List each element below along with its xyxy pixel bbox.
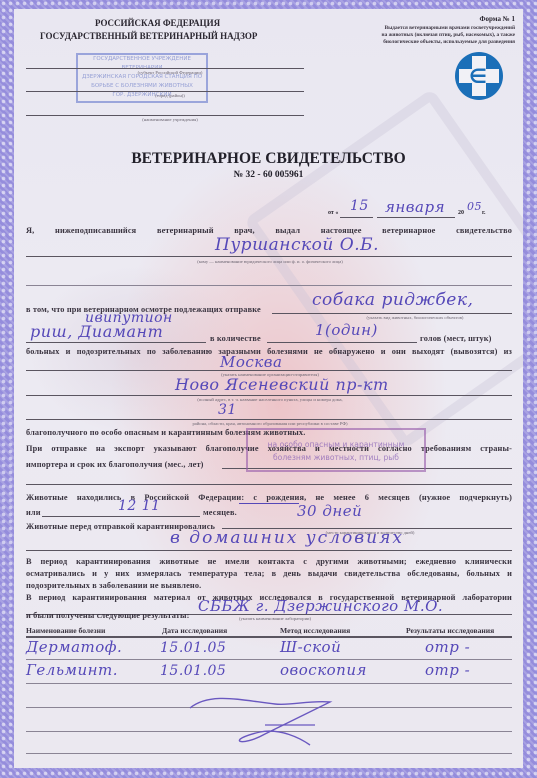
recipient-value: Пуршанской О.Б. [215, 235, 379, 255]
export-text-2: импортера и срок их благополучия (мес., … [26, 460, 204, 469]
quarantine-text-1: В период карантинирования животные не им… [26, 557, 512, 566]
table-row-rule [26, 659, 512, 660]
date-day-line [340, 217, 373, 218]
residence-or: или [26, 508, 41, 517]
row-disease: Дерматоф. [26, 638, 122, 656]
header-agency: ГОСУДАРСТВЕННЫЙ ВЕТЕРИНАРНЫЙ НАДЗОР [40, 31, 257, 41]
row-method: Ш-ской [280, 638, 341, 656]
lab-caption: (указать наименование лаборатории) [220, 616, 330, 621]
residence-months-value: 12 11 [118, 498, 161, 514]
quarantine-text-3: подозрительных в заболевании не выявлено… [26, 581, 201, 590]
animals-line2-rule [26, 342, 206, 343]
date-month: января [385, 198, 445, 216]
date-suffix: г. [482, 210, 486, 216]
subject-line [26, 68, 304, 69]
row-result: отр - [425, 638, 470, 656]
date-year-prefix: 20 [458, 210, 464, 216]
quarantine-place: в домашних условиях [170, 528, 404, 548]
form-note-line: Выдается ветеринарными врачами госветучр… [315, 25, 515, 32]
certificate-page: РОССИЙСКАЯ ФЕДЕРАЦИЯ ГОСУДАРСТВЕННЫЙ ВЕТ… [0, 0, 537, 778]
row-disease: Гельминт. [26, 661, 118, 679]
row-result: отр - [425, 661, 470, 679]
date-year: 05 [467, 200, 482, 213]
table-row-rule [26, 753, 512, 754]
address-value: Ново Ясеневский пр-кт [175, 375, 389, 394]
region-caption: района, области, края, автономного образ… [140, 421, 400, 426]
date-prefix: от « [328, 210, 338, 216]
quantity-rule [267, 342, 417, 343]
institution-line [26, 115, 304, 116]
institution-caption: (наименование учреждения) [100, 117, 240, 122]
city-line [26, 91, 304, 92]
export-stamp-line: болезням животных, птиц, рыб [248, 453, 424, 462]
origin-value: Москва [220, 353, 282, 371]
col-header-method: Метод исследования [280, 626, 350, 635]
residence-underline [239, 503, 299, 504]
export-stamp-line: на особо опасным и карантинным [248, 440, 424, 449]
form-number: Форма № 1 [479, 15, 515, 23]
stamp-line: БОРЬБЕ С БОЛЕЗНЯМИ ЖИВОТНЫХ [78, 82, 206, 91]
vet-service-emblem-icon: ∈ [455, 52, 503, 100]
house-value: 31 [218, 402, 237, 418]
quantity-value: 1(один) [315, 321, 378, 339]
address-rule [26, 395, 512, 396]
col-header-result: Результаты исследования [406, 626, 494, 635]
quarantine-text-2: осматривались и у них измерялась темпера… [26, 569, 512, 578]
row-date: 15.01.05 [160, 640, 226, 656]
residence-text: Животные находились в Российской Федерац… [26, 493, 512, 502]
export-stamp: на особо опасным и карантинным болезням … [246, 428, 426, 472]
quarantine-place-rule [26, 550, 512, 551]
animals-line1-rule [272, 313, 512, 314]
quantity-label: в количестве [210, 334, 261, 343]
form-note: Выдается ветеринарными врачами госветучр… [315, 25, 515, 46]
subject-caption: (субъект Российской Федерации) [100, 70, 240, 75]
form-note-line: на животных (включая птиц, рыб, насекомы… [315, 32, 515, 39]
animals-line2: риш, Диамант [30, 322, 163, 341]
quarantine-days: 30 дней [297, 502, 362, 520]
residence-months-rule [42, 516, 200, 517]
table-row-rule [26, 683, 512, 684]
z-strike-mark [180, 690, 340, 750]
document-title: ВЕТЕРИНАРНОЕ СВИДЕТЕЛЬСТВО [0, 150, 537, 168]
residence-months-label: месяцев. [203, 508, 237, 517]
document-number: № 32 - 60 005961 [0, 170, 537, 180]
row-date: 15.01.05 [160, 663, 226, 679]
house-rule [26, 419, 512, 420]
results-intro-visible: и были получены следующие результаты: [26, 611, 190, 620]
date-day: 15 [350, 198, 369, 214]
recipient-caption: (кому — наименование юридического лица и… [140, 259, 400, 264]
animals-line1: собака риджбек, [312, 290, 473, 310]
intro-text: Я, нижеподписавшийся ветеринарный врач, … [26, 226, 512, 235]
address-caption: (полный адрес, в т. ч. название населенн… [160, 397, 380, 402]
date-month-line [377, 217, 455, 218]
blank-line [26, 285, 512, 286]
header-country: РОССИЙСКАЯ ФЕДЕРАЦИЯ [95, 18, 220, 28]
origin-rule [26, 370, 512, 371]
city-caption: (город (район)) [100, 93, 240, 98]
col-header-date: Дата исследования [162, 626, 227, 635]
form-note-line: биологические объекты, используемые для … [315, 39, 515, 46]
export-rule-2 [26, 484, 512, 485]
lab-name: СББЖ г. Дзержинского М.О. [198, 597, 443, 615]
row-method: овоскопия [280, 661, 367, 679]
animals-caption: (указать вид животных, биологических объ… [350, 315, 480, 320]
quantity-unit: голов (мест, штук) [420, 334, 492, 343]
recipient-line [26, 256, 512, 257]
col-header-disease: Наименование болезни [26, 626, 105, 635]
